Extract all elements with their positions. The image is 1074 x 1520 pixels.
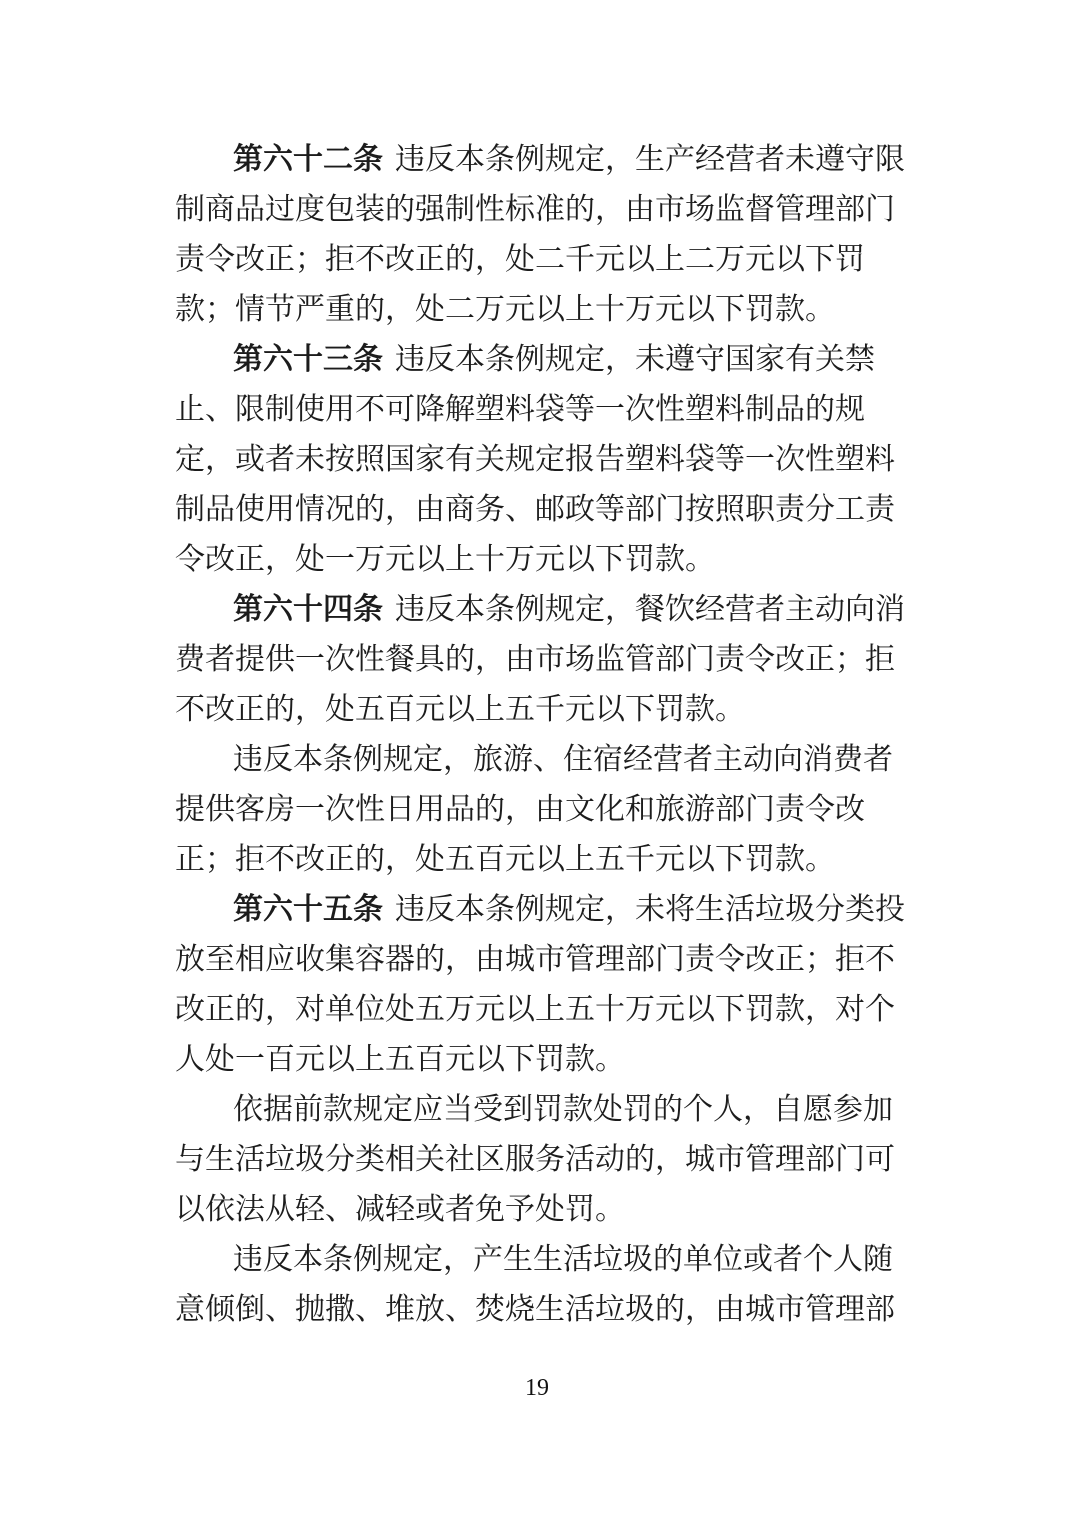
line-text: 款；情节严重的，处二万元以上十万元以下罚款。	[175, 293, 835, 326]
text-line: 不改正的，处五百元以上五千元以下罚款。	[175, 685, 905, 735]
text-line: 费者提供一次性餐具的，由市场监管部门责令改正；拒	[175, 635, 905, 685]
line-text: 意倾倒、抛撒、堆放、焚烧生活垃圾的，由城市管理部	[175, 1293, 895, 1326]
article-number-heading: 第六十四条	[233, 593, 383, 626]
line-text: 与生活垃圾分类相关社区服务活动的，城市管理部门可	[175, 1143, 895, 1176]
text-line: 以依法从轻、减轻或者免予处罚。	[175, 1185, 905, 1235]
line-text: 责令改正；拒不改正的，处二千元以上二万元以下罚	[175, 243, 865, 276]
text-line: 制品使用情况的，由商务、邮政等部门按照职责分工责	[175, 485, 905, 535]
text-line: 第六十五条违反本条例规定，未将生活垃圾分类投	[175, 885, 905, 935]
line-text: 违反本条例规定，旅游、住宿经营者主动向消费者	[233, 743, 893, 776]
text-line: 意倾倒、抛撒、堆放、焚烧生活垃圾的，由城市管理部	[175, 1285, 905, 1335]
line-text: 违反本条例规定，餐饮经营者主动向消	[395, 593, 905, 626]
text-line: 与生活垃圾分类相关社区服务活动的，城市管理部门可	[175, 1135, 905, 1185]
line-text: 制商品过度包装的强制性标准的，由市场监督管理部门	[175, 193, 895, 226]
line-text: 依据前款规定应当受到罚款处罚的个人，自愿参加	[233, 1093, 893, 1126]
text-line: 提供客房一次性日用品的，由文化和旅游部门责令改	[175, 785, 905, 835]
text-line: 违反本条例规定，产生生活垃圾的单位或者个人随	[175, 1235, 905, 1285]
line-text: 费者提供一次性餐具的，由市场监管部门责令改正；拒	[175, 643, 895, 676]
text-line: 依据前款规定应当受到罚款处罚的个人，自愿参加	[175, 1085, 905, 1135]
article-number-heading: 第六十三条	[233, 343, 383, 376]
document-body: 第六十二条违反本条例规定，生产经营者未遵守限制商品过度包装的强制性标准的，由市场…	[175, 135, 905, 1335]
page-footer: 19	[0, 1374, 1074, 1402]
text-line: 改正的，对单位处五万元以上五十万元以下罚款，对个	[175, 985, 905, 1035]
page-number: 19	[525, 1375, 549, 1401]
line-text: 以依法从轻、减轻或者免予处罚。	[175, 1193, 625, 1226]
text-line: 令改正，处一万元以上十万元以下罚款。	[175, 535, 905, 585]
article-number-heading: 第六十五条	[233, 893, 383, 926]
text-line: 人处一百元以上五百元以下罚款。	[175, 1035, 905, 1085]
line-text: 违反本条例规定，未将生活垃圾分类投	[395, 893, 905, 926]
line-text: 定，或者未按照国家有关规定报告塑料袋等一次性塑料	[175, 443, 895, 476]
line-text: 违反本条例规定，生产经营者未遵守限	[395, 143, 905, 176]
line-text: 改正的，对单位处五万元以上五十万元以下罚款，对个	[175, 993, 895, 1026]
text-line: 放至相应收集容器的，由城市管理部门责令改正；拒不	[175, 935, 905, 985]
article-number-heading: 第六十二条	[233, 143, 383, 176]
text-line: 定，或者未按照国家有关规定报告塑料袋等一次性塑料	[175, 435, 905, 485]
line-text: 令改正，处一万元以上十万元以下罚款。	[175, 543, 715, 576]
line-text: 止、限制使用不可降解塑料袋等一次性塑料制品的规	[175, 393, 865, 426]
line-text: 违反本条例规定，产生生活垃圾的单位或者个人随	[233, 1243, 893, 1276]
text-line: 第六十三条违反本条例规定，未遵守国家有关禁	[175, 335, 905, 385]
line-text: 人处一百元以上五百元以下罚款。	[175, 1043, 625, 1076]
text-line: 责令改正；拒不改正的，处二千元以上二万元以下罚	[175, 235, 905, 285]
text-line: 第六十二条违反本条例规定，生产经营者未遵守限	[175, 135, 905, 185]
document-page: 第六十二条违反本条例规定，生产经营者未遵守限制商品过度包装的强制性标准的，由市场…	[0, 0, 1074, 1520]
text-line: 违反本条例规定，旅游、住宿经营者主动向消费者	[175, 735, 905, 785]
line-text: 放至相应收集容器的，由城市管理部门责令改正；拒不	[175, 943, 895, 976]
text-line: 第六十四条违反本条例规定，餐饮经营者主动向消	[175, 585, 905, 635]
text-line: 正；拒不改正的，处五百元以上五千元以下罚款。	[175, 835, 905, 885]
text-line: 止、限制使用不可降解塑料袋等一次性塑料制品的规	[175, 385, 905, 435]
line-text: 正；拒不改正的，处五百元以上五千元以下罚款。	[175, 843, 835, 876]
line-text: 制品使用情况的，由商务、邮政等部门按照职责分工责	[175, 493, 895, 526]
text-line: 制商品过度包装的强制性标准的，由市场监督管理部门	[175, 185, 905, 235]
line-text: 不改正的，处五百元以上五千元以下罚款。	[175, 693, 745, 726]
line-text: 违反本条例规定，未遵守国家有关禁	[395, 343, 875, 376]
line-text: 提供客房一次性日用品的，由文化和旅游部门责令改	[175, 793, 865, 826]
text-line: 款；情节严重的，处二万元以上十万元以下罚款。	[175, 285, 905, 335]
